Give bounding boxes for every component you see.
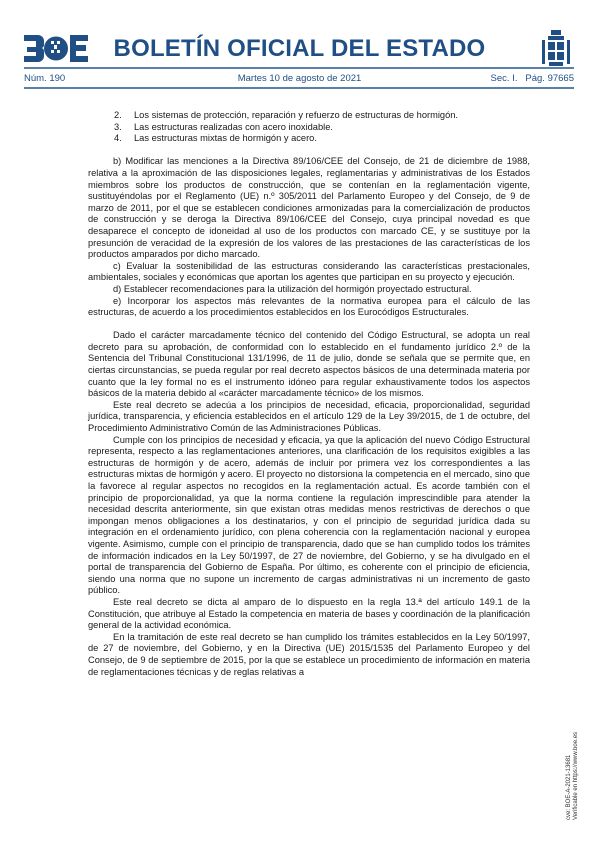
paragraph: Este real decreto se dicta al amparo de … bbox=[88, 597, 530, 632]
document-body: 2.Los sistemas de protección, reparación… bbox=[88, 110, 530, 678]
paragraph-d: d) Establecer recomendaciones para la ut… bbox=[88, 284, 530, 296]
header-rule-top bbox=[24, 67, 574, 69]
header-rule-bottom bbox=[24, 87, 574, 89]
list-item: 2.Los sistemas de protección, reparación… bbox=[88, 110, 530, 122]
paragraph-b: b) Modificar las menciones a la Directiv… bbox=[88, 156, 530, 260]
list-item: 3.Las estructuras realizadas con acero i… bbox=[88, 122, 530, 134]
page-number: Pág. 97665 bbox=[525, 73, 574, 84]
verification-note: cve: BOE-A-2021-13681 Verificable en htt… bbox=[566, 732, 580, 820]
paragraph-c: c) Evaluar la sostenibilidad de las estr… bbox=[88, 261, 530, 284]
paragraph-e: e) Incorporar los aspectos más relevante… bbox=[88, 296, 530, 319]
cve-code: cve: BOE-A-2021-13681 bbox=[566, 732, 573, 820]
verify-link[interactable]: Verificable en https://www.boe.es bbox=[573, 732, 580, 820]
paragraph: Cumple con los principios de necesidad y… bbox=[88, 435, 530, 597]
section-page: Sec. I. Pág. 97665 bbox=[491, 73, 574, 84]
coat-of-arms-icon bbox=[539, 30, 573, 68]
paragraph: Este real decreto se adecúa a los princi… bbox=[88, 400, 530, 435]
paragraph: En la tramitación de este real decreto s… bbox=[88, 632, 530, 678]
numbered-list: 2.Los sistemas de protección, reparación… bbox=[88, 110, 530, 145]
paragraph: Dado el carácter marcadamente técnico de… bbox=[88, 330, 530, 400]
list-item: 4.Las estructuras mixtas de hormigón y a… bbox=[88, 133, 530, 145]
page-title: BOLETÍN OFICIAL DEL ESTADO bbox=[0, 35, 599, 63]
section-label: Sec. I. bbox=[491, 73, 518, 84]
